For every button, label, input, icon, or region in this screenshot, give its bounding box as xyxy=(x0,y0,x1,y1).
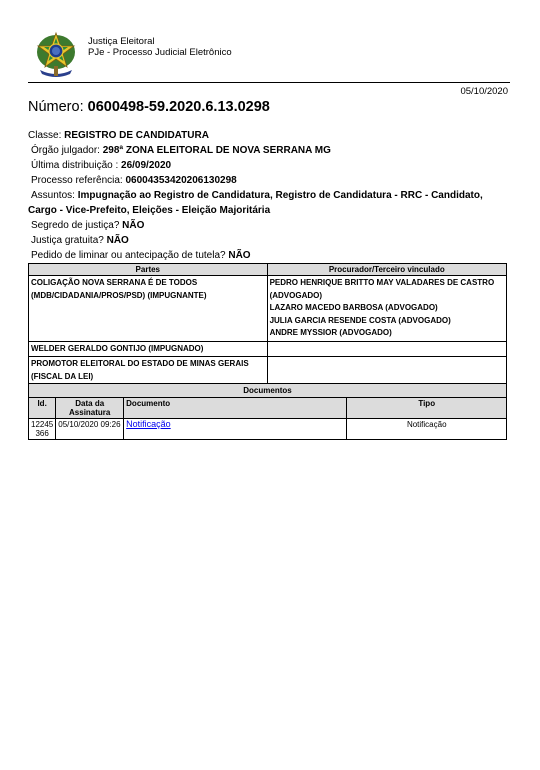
field-ultima-distribuicao: Última distribuição : 26/09/2020 xyxy=(28,158,510,173)
parte-name: PROMOTOR ELEITORAL DO ESTADO DE MINAS GE… xyxy=(29,357,268,385)
table-row: WELDER GERALDO GONTIJO (IMPUGNADO) xyxy=(29,341,507,357)
parte-name: COLIGAÇÃO NOVA SERRANA É DE TODOS (MDB/C… xyxy=(29,276,268,342)
table-row: COLIGAÇÃO NOVA SERRANA É DE TODOS (MDB/C… xyxy=(29,276,507,342)
process-number-value: 0600498-59.2020.6.13.0298 xyxy=(88,99,270,115)
documentos-table: Documentos Id. Data da Assinatura Docume… xyxy=(28,383,507,440)
field-value: 298ª ZONA ELEITORAL DE NOVA SERRANA MG xyxy=(103,145,331,156)
field-label: Última distribuição : xyxy=(31,160,121,171)
document-link[interactable]: Notificação xyxy=(126,419,171,429)
field-value: 06004353420206130298 xyxy=(126,175,237,186)
document-id: 12245 366 xyxy=(29,419,56,440)
field-label: Segredo de justiça? xyxy=(31,220,122,231)
document-date: 05/10/2020 xyxy=(460,86,508,97)
table-row: 12245 366 05/10/2020 09:26 Notificação N… xyxy=(29,419,507,440)
header-procurador: Procurador/Terceiro vinculado xyxy=(267,264,506,276)
document-type: Notificação xyxy=(347,419,507,440)
parte-name: WELDER GERALDO GONTIJO (IMPUGNADO) xyxy=(29,341,268,357)
header-partes: Partes xyxy=(29,264,268,276)
header-divider xyxy=(28,82,510,83)
field-value: REGISTRO DE CANDIDATURA xyxy=(64,130,209,141)
partes-table: Partes Procurador/Terceiro vinculado COL… xyxy=(28,263,507,385)
header-tipo: Tipo xyxy=(347,398,507,419)
brazil-coat-of-arms-icon xyxy=(34,30,78,80)
header-documento: Documento xyxy=(124,398,347,419)
field-label: Pedido de liminar ou antecipação de tute… xyxy=(31,250,228,261)
document-cell: Notificação xyxy=(124,419,347,440)
field-label: Órgão julgador: xyxy=(31,145,103,156)
partes-header-row: Partes Procurador/Terceiro vinculado xyxy=(29,264,507,276)
procurador-name: LAZARO MACEDO BARBOSA (ADVOGADO) xyxy=(270,302,504,315)
documentos-title: Documentos xyxy=(29,384,507,398)
field-classe: Classe: REGISTRO DE CANDIDATURA xyxy=(28,128,510,143)
procurador-name: PEDRO HENRIQUE BRITTO MAY VALADARES DE C… xyxy=(270,277,504,302)
field-justica-gratuita: Justiça gratuita? NÃO xyxy=(28,233,510,248)
organization-name: Justiça Eleitoral PJe - Processo Judicia… xyxy=(88,36,232,58)
table-row: PROMOTOR ELEITORAL DO ESTADO DE MINAS GE… xyxy=(29,357,507,385)
field-value: Impugnação ao Registro de Candidatura, R… xyxy=(28,190,483,216)
field-label: Classe: xyxy=(28,130,64,141)
procuradores-cell xyxy=(267,357,506,385)
procurador-name: JULIA GARCIA RESENDE COSTA (ADVOGADO) xyxy=(270,315,504,328)
field-value: NÃO xyxy=(107,235,129,246)
field-label: Justiça gratuita? xyxy=(31,235,107,246)
field-label: Processo referência: xyxy=(31,175,126,186)
field-pedido-liminar: Pedido de liminar ou antecipação de tute… xyxy=(28,248,510,263)
documentos-title-row: Documentos xyxy=(29,384,507,398)
field-value: NÃO xyxy=(122,220,144,231)
field-segredo-justica: Segredo de justiça? NÃO xyxy=(28,218,510,233)
field-assuntos: Assuntos: Impugnação ao Registro de Cand… xyxy=(28,188,510,218)
document-header: Justiça Eleitoral PJe - Processo Judicia… xyxy=(28,28,510,82)
field-processo-referencia: Processo referência: 0600435342020613029… xyxy=(28,173,510,188)
field-value: 26/09/2020 xyxy=(121,160,171,171)
field-label: Assuntos: xyxy=(28,190,78,201)
procuradores-cell xyxy=(267,341,506,357)
header-id: Id. xyxy=(29,398,56,419)
documentos-header-row: Id. Data da Assinatura Documento Tipo xyxy=(29,398,507,419)
document-date: 05/10/2020 09:26 xyxy=(56,419,124,440)
process-number-label: Número: xyxy=(28,99,84,115)
org-line-1: Justiça Eleitoral xyxy=(88,36,232,47)
document-id-part: 12245 xyxy=(31,420,53,429)
process-fields: Classe: REGISTRO DE CANDIDATURA Órgão ju… xyxy=(28,128,510,263)
procuradores-cell: PEDRO HENRIQUE BRITTO MAY VALADARES DE C… xyxy=(267,276,506,342)
org-line-2: PJe - Processo Judicial Eletrônico xyxy=(88,47,232,58)
field-orgao-julgador: Órgão julgador: 298ª ZONA ELEITORAL DE N… xyxy=(28,143,510,158)
procurador-name: ANDRE MYSSIOR (ADVOGADO) xyxy=(270,327,504,340)
header-data-assinatura: Data da Assinatura xyxy=(56,398,124,419)
process-number: Número: 0600498-59.2020.6.13.0298 xyxy=(28,99,270,115)
document-id-part: 366 xyxy=(31,429,53,438)
field-value: NÃO xyxy=(228,250,250,261)
